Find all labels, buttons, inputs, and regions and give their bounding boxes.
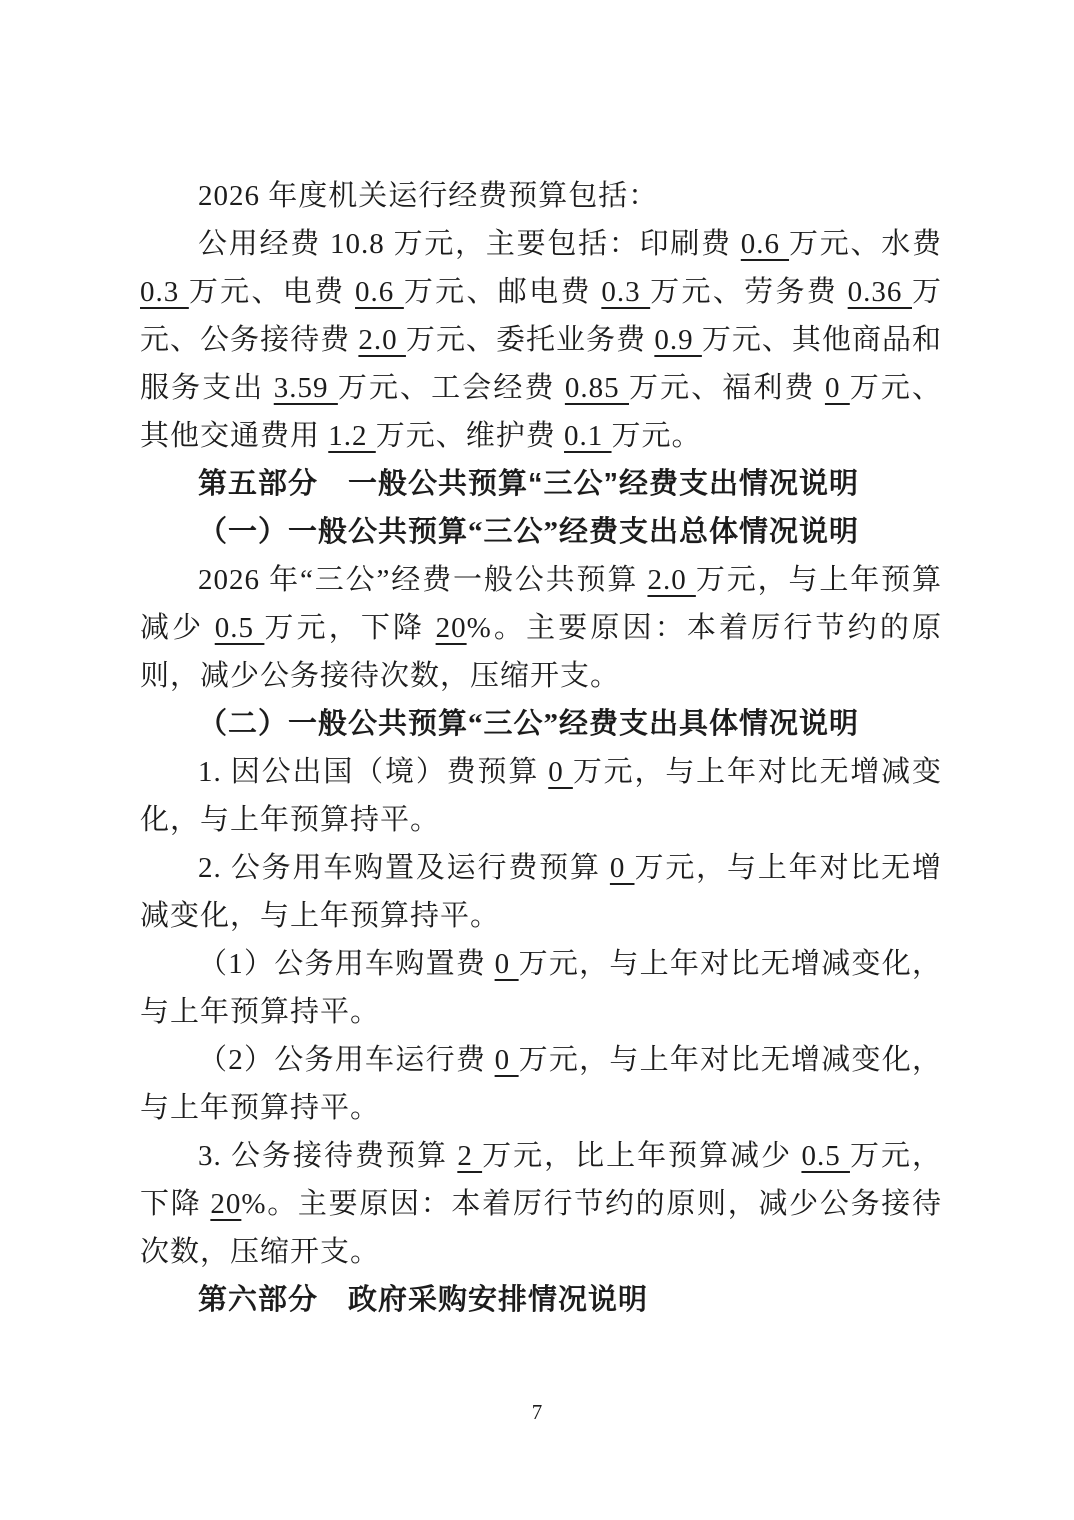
text-run: （一）一般公共预算“三公”经费支出总体情况说明 xyxy=(198,516,859,548)
text-run: 万元、委托业务费 xyxy=(406,324,654,356)
text-run: 万元、工会经费 xyxy=(338,372,565,404)
paragraph-item-3-reception: 3. 公务接待费预算 2 万元，比上年预算减少 0.5 万元，下降 20%。主要… xyxy=(140,1132,942,1276)
heading-part-five: 第五部分 一般公共预算“三公”经费支出情况说明 xyxy=(140,460,942,508)
underlined-value: 1.2 xyxy=(328,420,376,452)
heading-section-two: （二）一般公共预算“三公”经费支出具体情况说明 xyxy=(140,700,942,748)
page-number: 7 xyxy=(0,1400,1074,1425)
underlined-value: 0.85 xyxy=(565,372,629,404)
text-run: （2）公务用车运行费 xyxy=(198,1044,495,1076)
text-run: 第五部分 一般公共预算“三公”经费支出情况说明 xyxy=(198,468,859,500)
document-content: 2026 年度机关运行经费预算包括： 公用经费 10.8 万元，主要包括：印刷费… xyxy=(140,172,942,1324)
underlined-value: 0.6 xyxy=(741,228,789,260)
underlined-value: 2.0 xyxy=(647,564,695,596)
underlined-value: 2 xyxy=(457,1140,482,1172)
heading-part-six: 第六部分 政府采购安排情况说明 xyxy=(140,1276,942,1324)
underlined-value: 0 xyxy=(610,852,635,884)
paragraph-three-public-overview: 2026 年“三公”经费一般公共预算 2.0 万元，与上年预算减少 0.5 万元… xyxy=(140,556,942,700)
text-run: 1. 因公出国（境）费预算 xyxy=(198,756,548,788)
underlined-value: 0.6 xyxy=(355,276,404,308)
text-run: 万元，下降 xyxy=(264,612,435,644)
text-run: 万元。 xyxy=(612,420,702,452)
underlined-value: 0 xyxy=(495,948,519,980)
underlined-value: 20 xyxy=(210,1188,241,1220)
document-page: 2026 年度机关运行经费预算包括： 公用经费 10.8 万元，主要包括：印刷费… xyxy=(0,0,1074,1520)
underlined-value: 0.1 xyxy=(564,420,612,452)
underlined-value: 0.9 xyxy=(654,324,702,356)
paragraph-item-2-vehicle: 2. 公务用车购置及运行费预算 0 万元，与上年对比无增减变化，与上年预算持平。 xyxy=(140,844,942,940)
text-run: 万元、邮电费 xyxy=(404,276,602,308)
underlined-value: 3.59 xyxy=(274,372,338,404)
underlined-value: 0.3 xyxy=(140,276,189,308)
underlined-value: 0 xyxy=(548,756,573,788)
text-run: 万元、福利费 xyxy=(629,372,825,404)
underlined-value: 0 xyxy=(825,372,850,404)
underlined-value: 2.0 xyxy=(358,324,406,356)
underlined-value: 0.5 xyxy=(215,612,265,644)
text-run: 2. 公务用车购置及运行费预算 xyxy=(198,852,610,884)
underlined-value: 0.36 xyxy=(848,276,912,308)
text-run: 万元、维护费 xyxy=(376,420,564,452)
underlined-value: 0 xyxy=(495,1044,519,1076)
paragraph-item-1-abroad: 1. 因公出国（境）费预算 0 万元，与上年对比无增减变化，与上年预算持平。 xyxy=(140,748,942,844)
paragraph-item-2-2-vehicle-operation: （2）公务用车运行费 0 万元，与上年对比无增减变化，与上年预算持平。 xyxy=(140,1036,942,1132)
text-run: 2026 年“三公”经费一般公共预算 xyxy=(198,564,647,596)
underlined-value: 0.5 xyxy=(801,1140,850,1172)
text-run: 3. 公务接待费预算 xyxy=(198,1140,457,1172)
text-run: 万元、电费 xyxy=(189,276,355,308)
underlined-value: 0.3 xyxy=(601,276,650,308)
text-run: 2026 年度机关运行经费预算包括： xyxy=(198,180,658,212)
text-run: %。主要原因：本着厉行节约的原则，减少公务接待次数，压缩开支。 xyxy=(140,1188,942,1268)
underlined-value: 20 xyxy=(436,612,467,644)
text-run: （二）一般公共预算“三公”经费支出具体情况说明 xyxy=(198,708,859,740)
paragraph-item-2-1-vehicle-purchase: （1）公务用车购置费 0 万元，与上年对比无增减变化，与上年预算持平。 xyxy=(140,940,942,1036)
text-run: 万元、水费 xyxy=(789,228,942,260)
paragraph-operating-budget-intro: 2026 年度机关运行经费预算包括： xyxy=(140,172,942,220)
text-run: 第六部分 政府采购安排情况说明 xyxy=(198,1284,648,1316)
text-run: （1）公务用车购置费 xyxy=(198,948,495,980)
heading-section-one: （一）一般公共预算“三公”经费支出总体情况说明 xyxy=(140,508,942,556)
text-run: 公用经费 10.8 万元，主要包括：印刷费 xyxy=(198,228,741,260)
text-run: 万元，比上年预算减少 xyxy=(482,1140,801,1172)
paragraph-public-funds-breakdown: 公用经费 10.8 万元，主要包括：印刷费 0.6 万元、水费 0.3 万元、电… xyxy=(140,220,942,460)
text-run: 万元、劳务费 xyxy=(650,276,848,308)
